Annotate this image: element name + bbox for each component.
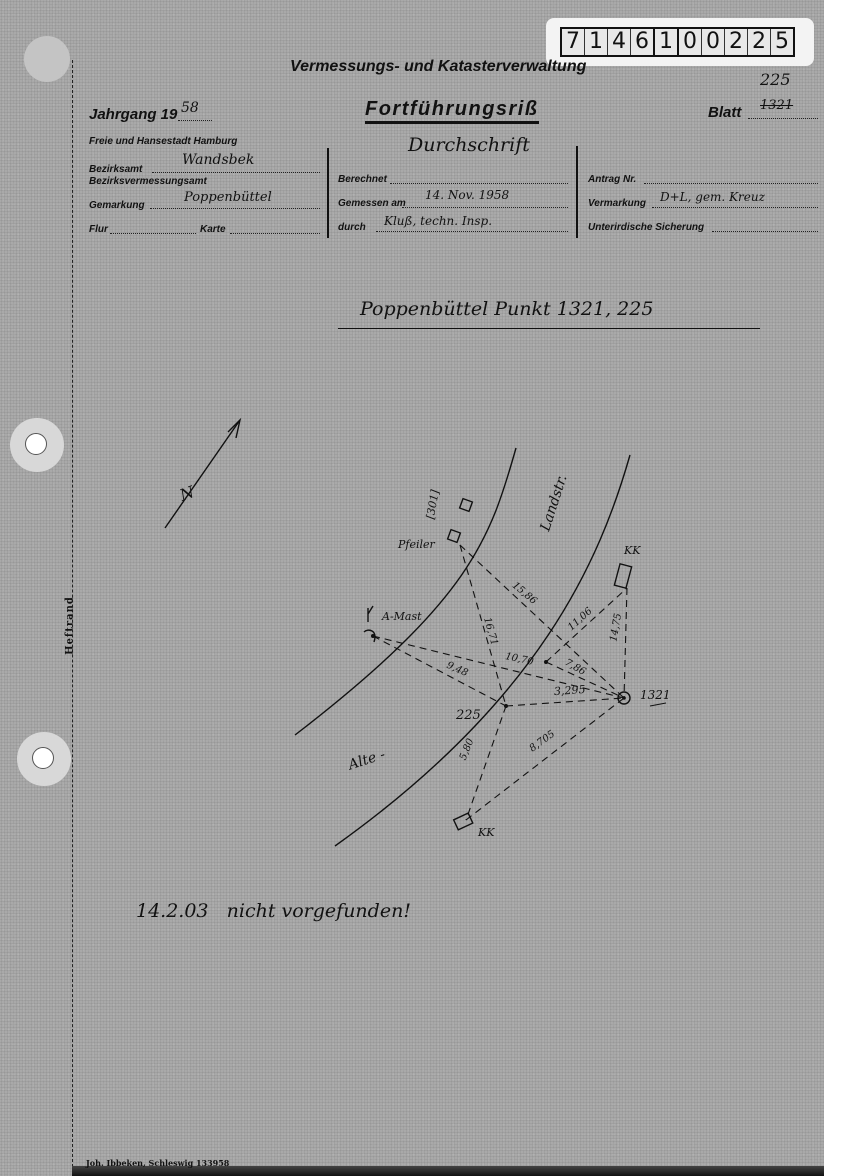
survey-sketch — [0, 0, 846, 1176]
printer-imprint: Joh. Ibbeken, Schleswig 133958 — [86, 1158, 229, 1168]
mast-label: A-Mast — [382, 610, 422, 623]
point-main-label: 1321 — [640, 688, 671, 702]
pfeiler-label: Pfeiler — [398, 538, 435, 551]
kk-bottom-label: KK — [478, 826, 494, 839]
point-secondary-label: 225 — [456, 708, 481, 723]
not-found-note: 14.2.03 nicht vorgefunden! — [136, 900, 411, 922]
kk-top-label: KK — [624, 544, 640, 557]
measurement-label: 3,295 — [554, 683, 586, 698]
